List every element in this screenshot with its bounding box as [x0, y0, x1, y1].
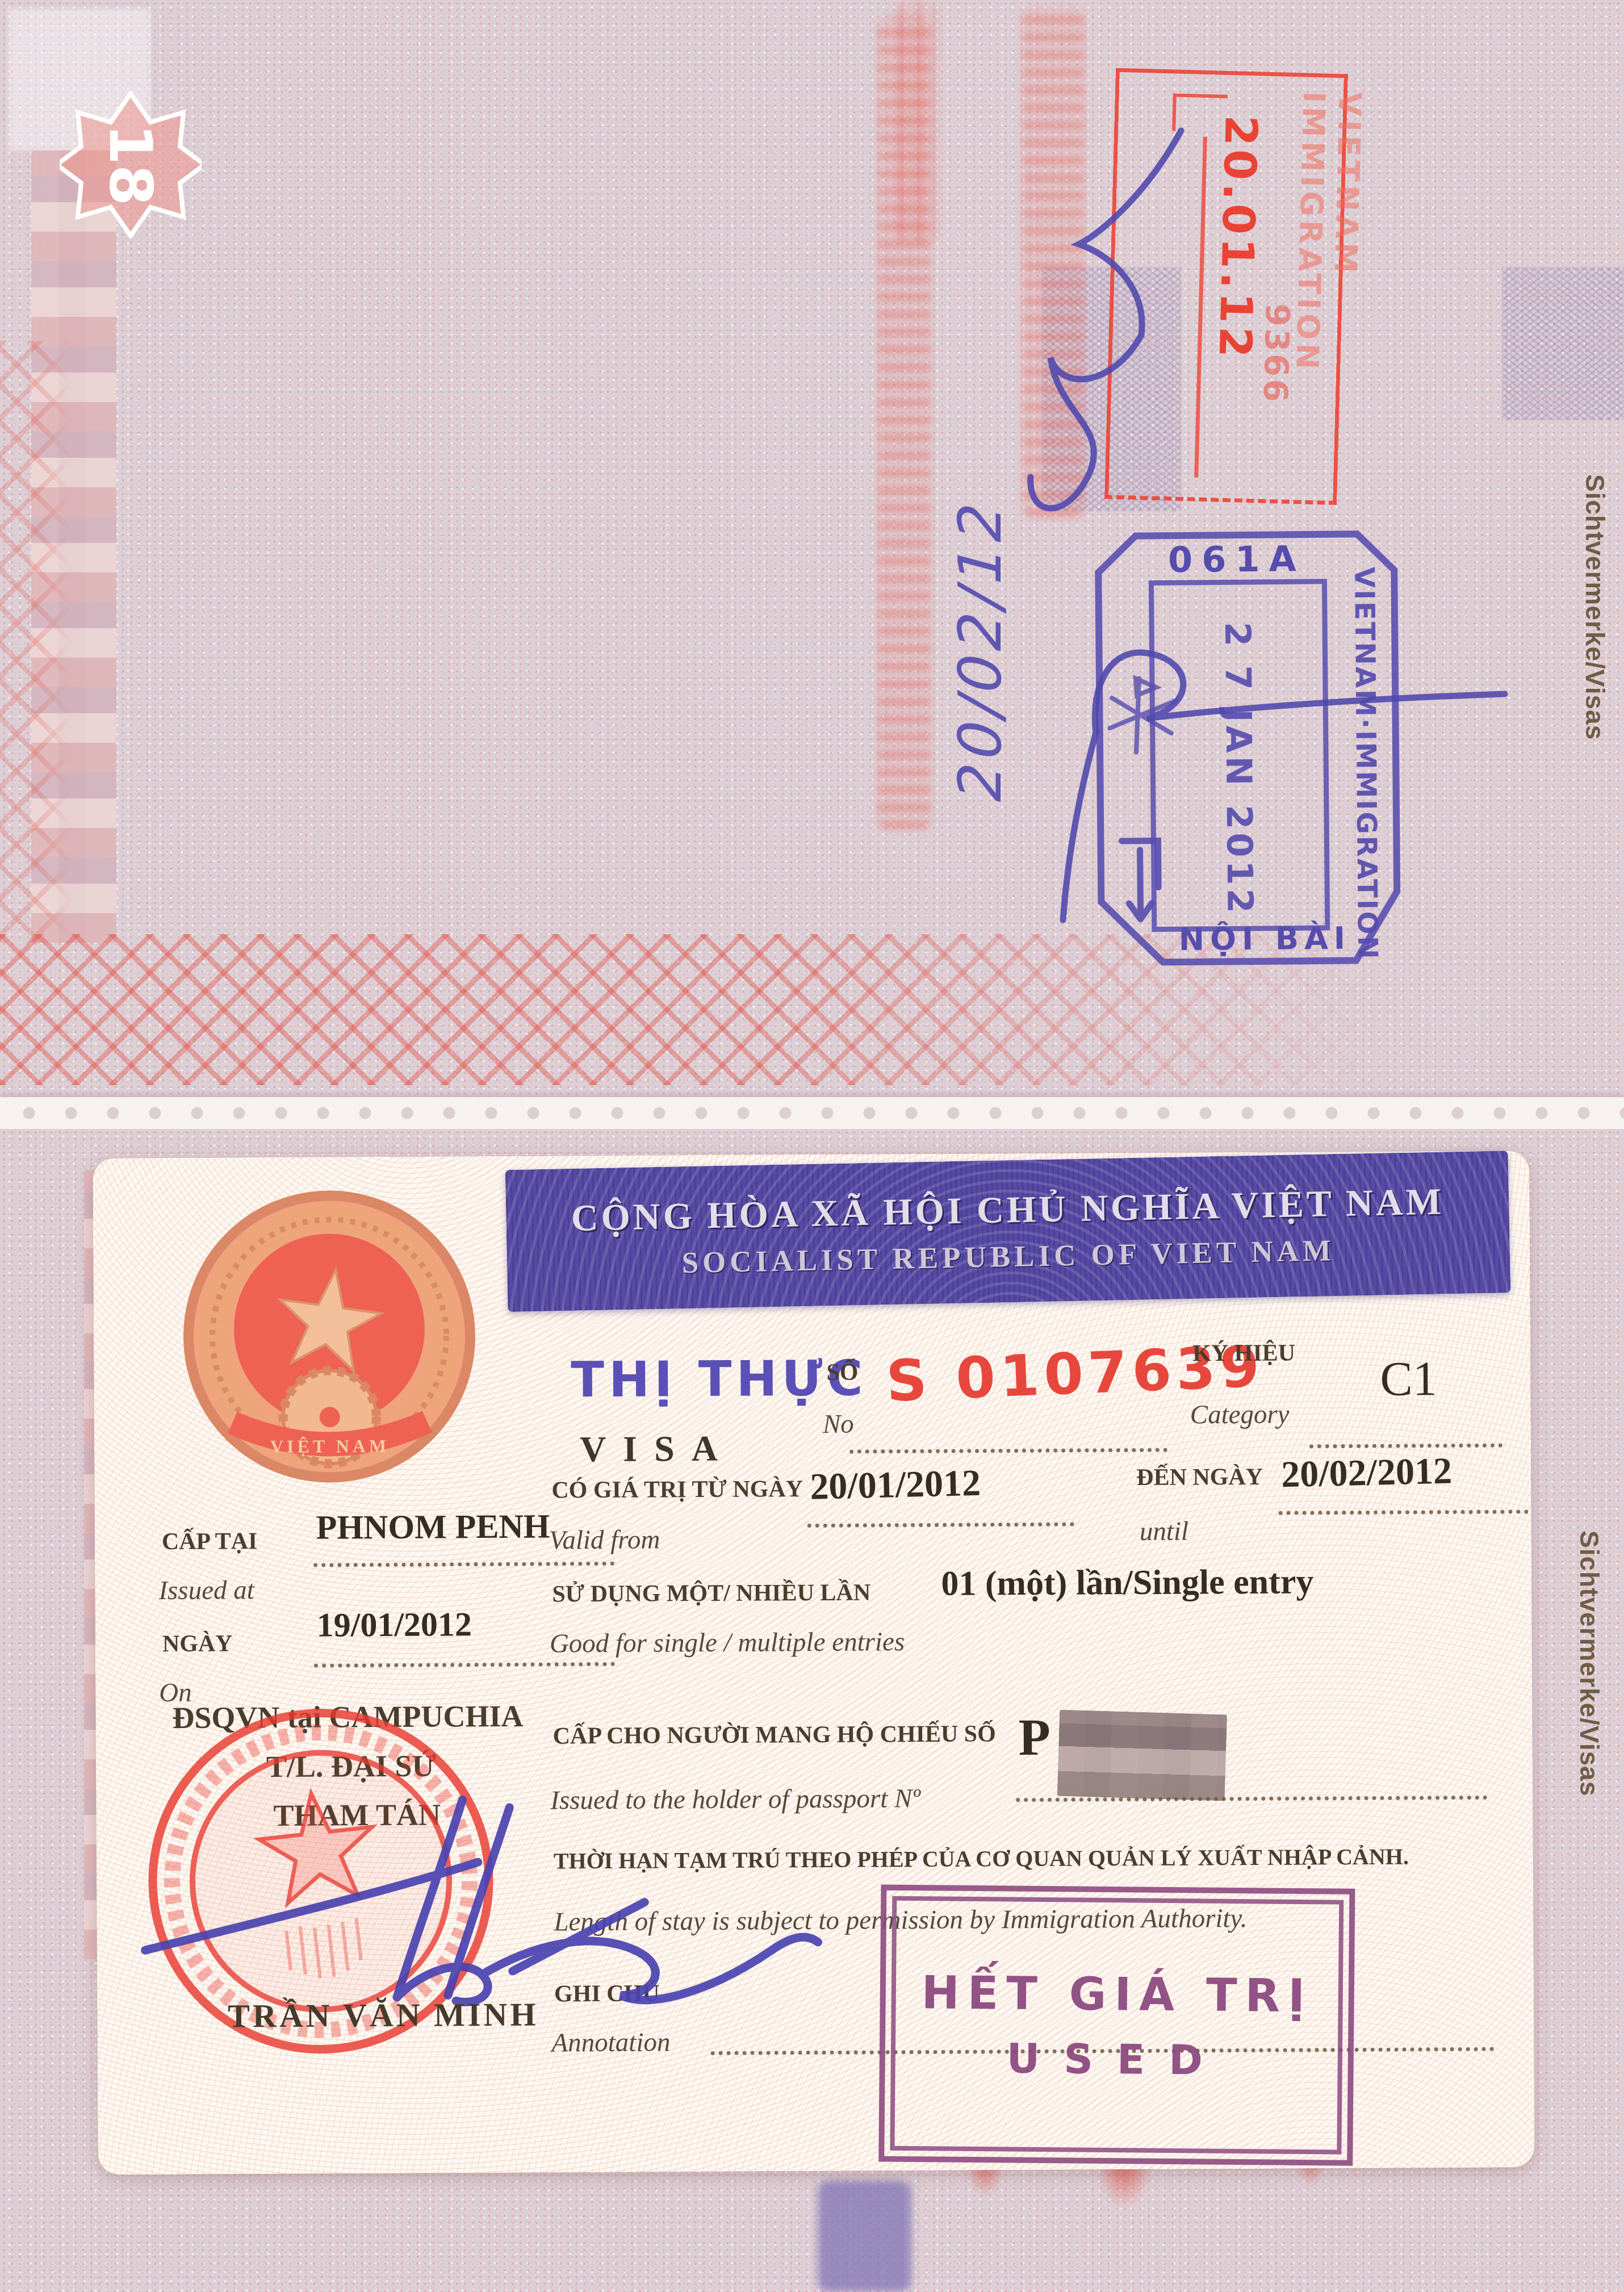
dotted-line	[313, 1562, 614, 1567]
visa-title-en: VISA	[580, 1428, 735, 1470]
category-label-en: Category	[1190, 1399, 1290, 1431]
vietnam-emblem: VIỆT NAM	[178, 1189, 481, 1500]
valid-from-label-vi: CÓ GIÁ TRỊ TỪ NGÀY	[551, 1475, 803, 1504]
used-stamp: HẾT GIÁ TRỊ USED	[878, 1885, 1355, 2166]
number-label-en: No	[823, 1409, 854, 1440]
visa-sticker: CỘNG HÒA XÃ HỘI CHỦ NGHĨA VIỆT NAM SOCIA…	[93, 1151, 1534, 2174]
until-value: 20/02/2012	[1280, 1449, 1452, 1496]
issued-on-label-vi: NGÀY	[162, 1630, 233, 1658]
category-value: C1	[1380, 1350, 1437, 1407]
pen-scribble	[909, 85, 1533, 937]
passport-number-redaction	[1057, 1710, 1227, 1801]
page-number: 18	[96, 124, 165, 206]
number-label-vi: SỐ	[826, 1359, 858, 1386]
chevron-strip-left	[0, 341, 74, 943]
passport-value-prefix: P	[1018, 1707, 1050, 1767]
passport-label-vi: CẤP CHO NGƯỜI MANG HỘ CHIẾU SỐ	[553, 1720, 996, 1750]
used-stamp-line1: HẾT GIÁ TRỊ	[921, 1966, 1313, 2022]
signer-name: TRẦN VĂN MINH	[228, 1996, 539, 2035]
issued-at-label-en: Issued at	[158, 1575, 254, 1606]
dotted-line	[314, 1662, 615, 1668]
dotted-line	[849, 1448, 1167, 1454]
page-number-star: 18	[60, 91, 202, 239]
visa-title-vi: THỊ THỰC	[571, 1350, 868, 1408]
issued-at-value: PHNOM PENH	[316, 1507, 550, 1547]
entries-value: 01 (một) lần/Single entry	[941, 1562, 1313, 1604]
edge-label-top: Sichtvermerke/Visas	[1580, 474, 1610, 843]
passport-scan: 18 20.01.12 9366 VIETNAM IMMIGRATION 061…	[0, 0, 1624, 2292]
dotted-line	[1309, 1444, 1502, 1449]
until-label-en: until	[1140, 1516, 1188, 1547]
annotation-label-en: Annotation	[551, 2027, 670, 2058]
valid-from-value: 20/01/2012	[810, 1462, 981, 1509]
entries-label-vi: SỬ DỤNG MỘT/ NHIỀU LẦN	[552, 1579, 870, 1608]
edge-label-bottom: Sichtvermerke/Visas	[1574, 1530, 1605, 1900]
emblem-ribbon-text: VIỆT NAM	[270, 1436, 390, 1457]
visa-header-band: CỘNG HÒA XÃ HỘI CHỦ NGHĨA VIỆT NAM SOCIA…	[505, 1151, 1510, 1312]
category-label-vi: KÝ HIỆU	[1192, 1340, 1295, 1367]
dotted-line	[1279, 1509, 1529, 1515]
page-seam-perforation	[0, 1097, 1624, 1129]
dotted-line	[807, 1523, 1074, 1528]
used-stamp-line2: USED	[1006, 2034, 1227, 2084]
until-label-vi: ĐẾN NGÀY	[1136, 1463, 1263, 1491]
issued-on-value: 19/01/2012	[316, 1605, 472, 1645]
issued-at-label-vi: CẤP TẠI	[162, 1528, 258, 1555]
signature	[130, 1776, 830, 2018]
entries-label-en: Good for single / multiple entries	[550, 1626, 905, 1659]
valid-from-label-en: Valid from	[549, 1524, 660, 1555]
visa-header-line1: CỘNG HÒA XÃ HỘI CHỦ NGHĨA VIỆT NAM	[506, 1179, 1509, 1241]
ink-smudge	[818, 2181, 911, 2292]
